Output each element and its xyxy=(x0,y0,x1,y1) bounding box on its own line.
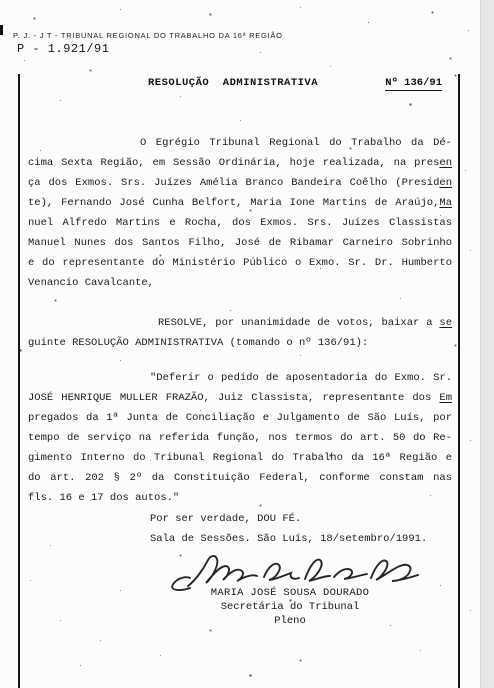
document-line: Manuel Nunes dos Santos Filho, José de R… xyxy=(28,233,452,253)
document-line: e do representante do Ministério Público… xyxy=(28,253,452,273)
document-line: guinte RESOLUÇÃO ADMINISTRATIVA (tomando… xyxy=(28,333,452,353)
document-line: Por ser verdade, DOU FÉ. xyxy=(150,509,452,529)
frame-left-rule xyxy=(18,74,20,688)
signatory-role: Secretária do Tribunal xyxy=(150,600,430,614)
document-line: tempo de serviço na referida função, nos… xyxy=(28,428,452,448)
paragraph-decision: "Deferir o pedido de aposentadoria do Ex… xyxy=(28,368,452,508)
paragraph-opening: O Egrégio Tribunal Regional do Trabalho … xyxy=(28,133,452,293)
document-line: Sala de Sessões. São Luís, 18/setembro/1… xyxy=(150,529,452,549)
document-line: pregados da 1ª Junta de Conciliação e Ju… xyxy=(28,408,452,428)
scan-edge-mark xyxy=(0,25,3,35)
document-line: "Deferir o pedido de aposentadoria do Ex… xyxy=(28,368,452,388)
document-line: JOSÉ HENRIQUE MULLER FRAZÃO, Juiz Classi… xyxy=(28,388,452,408)
paragraph-closing: Por ser verdade, DOU FÉ.Sala de Sessões.… xyxy=(150,509,452,549)
document-line: ça dos Exmos. Srs. Juízes Amélia Branco … xyxy=(28,173,452,193)
document-line: RESOLVE, por unanimidade de votos, baixa… xyxy=(28,313,452,333)
document-line: nuel Alfredo Martins e Rocha, dos Exmos.… xyxy=(28,213,452,233)
document-line: gimento Interno do Tribunal Regional do … xyxy=(28,448,452,468)
document-line: O Egrégio Tribunal Regional do Trabalho … xyxy=(28,133,452,153)
paper-grain xyxy=(0,0,1,1)
document-line: do art. 202 § 2º da Constituição Federal… xyxy=(28,468,452,488)
title-row: RESOLUÇÃO ADMINISTRATIVA Nº 136/91 xyxy=(148,77,442,91)
document-line: Venancio Cavalcante, xyxy=(28,273,452,293)
signatory-org: Pleno xyxy=(150,614,430,628)
signatory-name: MARIA JOSÉ SOUSA DOURADO xyxy=(150,586,430,600)
signature-block: MARIA JOSÉ SOUSA DOURADO Secretária do T… xyxy=(150,552,430,628)
document-title: RESOLUÇÃO ADMINISTRATIVA xyxy=(148,77,318,89)
document-line: cima Sexta Região, em Sessão Ordinária, … xyxy=(28,153,452,173)
process-number: P - 1.921/91 xyxy=(17,42,109,56)
paragraph-resolve: RESOLVE, por unanimidade de votos, baixa… xyxy=(28,313,452,353)
resolution-number: Nº 136/91 xyxy=(385,77,442,91)
document-body: O Egrégio Tribunal Regional do Trabalho … xyxy=(28,133,452,549)
document-line: te), Fernando José Cunha Belfort, Maria … xyxy=(28,193,452,213)
scanned-page-viewer: P. J. - J T - TRIBUNAL REGIONAL DO TRABA… xyxy=(0,0,494,688)
court-letterhead: P. J. - J T - TRIBUNAL REGIONAL DO TRABA… xyxy=(13,31,283,40)
document-page: P. J. - J T - TRIBUNAL REGIONAL DO TRABA… xyxy=(0,0,481,688)
viewer-background-strip xyxy=(480,0,494,688)
document-line: fls. 16 e 17 dos autos." xyxy=(28,488,452,508)
frame-right-rule xyxy=(458,74,460,688)
